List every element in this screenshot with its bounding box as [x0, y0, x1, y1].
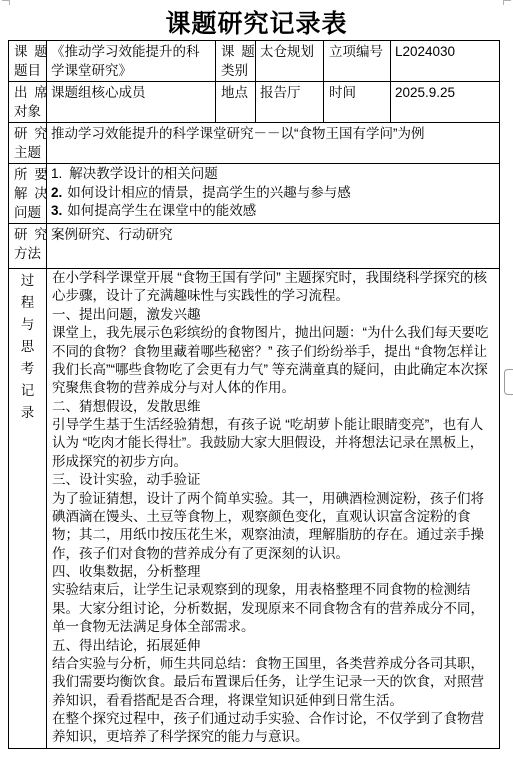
research-theme-value: 推动学习效能提升的科学课堂研究－－以“食物王国有学问”为例 — [47, 123, 500, 164]
problem-item: 2.如何设计相应的情景，提高学生的兴趣与参与感 — [51, 184, 495, 203]
problem-text: 如何设计相应的情景，提高学生的兴趣与参与感 — [67, 185, 351, 200]
label-char: 过 — [14, 270, 41, 292]
label-line: 类别 — [221, 61, 250, 80]
topic-category-value: 太仓规划 — [256, 41, 324, 82]
label-line: 问题 — [14, 203, 41, 222]
problems-label: 所 要 解 决 问题 — [9, 164, 47, 224]
topic-title-label: 课 题 题目 — [9, 41, 47, 82]
process-paragraph: 课堂上，我先展示色彩缤纷的食物图片，抛出问题：“为什么我们每天要吃不同的食物？食… — [52, 324, 494, 398]
label-line: 课 题 — [221, 42, 250, 61]
process-paragraph: 为了验证猜想，设计了两个简单实验。其一，用碘酒检测淀粉，孩子们将碘酒滴在馒头、土… — [52, 490, 494, 564]
label-line: 主题 — [14, 143, 41, 162]
place-label: 地点 — [216, 82, 256, 123]
problem-number: 2. — [51, 185, 62, 200]
table-row: 课 题 题目 《推动学习效能提升的科学课堂研究》 课 题 类别 太仓规划 立项编… — [9, 41, 500, 82]
table-row: 所 要 解 决 问题 1.解决教学设计的相关问题 2.如何设计相应的情景，提高学… — [9, 164, 500, 224]
time-label: 时间 — [324, 82, 391, 123]
label-char: 思 — [14, 336, 41, 358]
problem-text: 如何提高学生在课堂中的能效感 — [67, 203, 256, 218]
process-section-heading: 五、得出结论，拓展延伸 — [52, 637, 494, 655]
label-line: 解 决 — [14, 184, 41, 203]
research-method-value: 案例研究、行动研究 — [47, 224, 500, 269]
problems-value: 1.解决教学设计的相关问题 2.如何设计相应的情景，提高学生的兴趣与参与感 3.… — [47, 164, 500, 224]
time-value: 2025.9.25 — [391, 82, 500, 123]
topic-title-value: 《推动学习效能提升的科学课堂研究》 — [47, 41, 216, 82]
process-record-label: 过 程 与 思 考 记 录 — [9, 269, 47, 749]
label-line: 研 究 — [14, 225, 41, 244]
research-method-label: 研 究 方法 — [9, 224, 47, 269]
process-paragraph: 引导学生基于生活经验猜想，有孩子说 “吃胡萝卜能让眼睛变亮”，也有人认为 “吃肉… — [52, 416, 494, 471]
label-char: 录 — [14, 402, 41, 424]
process-section-heading: 一、提出问题，激发兴趣 — [52, 306, 494, 324]
table-row: 研 究 主题 推动学习效能提升的科学课堂研究－－以“食物王国有学问”为例 — [9, 123, 500, 164]
label-line: 所 要 — [14, 165, 41, 184]
label-char: 与 — [14, 314, 41, 336]
process-paragraph: 在小学科学课堂开展 “食物王国有学问” 主题探究时，我围绕科学探究的核心步骤，设… — [52, 269, 494, 306]
process-paragraph: 结合实验与分析，师生共同总结：食物王国里，各类营养成分各司其职，我们需要均衡饮食… — [52, 655, 494, 710]
problem-number: 3. — [51, 203, 62, 218]
document-page: { "title": "课题研究记录表", "table": { "row1":… — [0, 0, 513, 759]
research-theme-label: 研 究 主题 — [9, 123, 47, 164]
place-value: 报告厅 — [256, 82, 324, 123]
process-paragraph: 在整个探究过程中，孩子们通过动手实验、合作讨论，不仅学到了食物营养知识，更培养了… — [52, 710, 494, 747]
process-section-heading: 四、收集数据，分析整理 — [52, 563, 494, 581]
table-row: 出 席 对象 课题组核心成员 地点 报告厅 时间 2025.9.25 — [9, 82, 500, 123]
label-char: 考 — [14, 358, 41, 380]
problem-item: 1.解决教学设计的相关问题 — [51, 165, 495, 184]
table-row: 过 程 与 思 考 记 录 在小学科学课堂开展 “食物王国有学问” 主题探究时，… — [9, 269, 500, 749]
page-title: 课题研究记录表 — [0, 4, 513, 40]
label-line: 题目 — [14, 61, 41, 80]
table-row: 研 究 方法 案例研究、行动研究 — [9, 224, 500, 269]
project-number-value: L2024030 — [391, 41, 500, 82]
project-number-label: 立项编号 — [324, 41, 391, 82]
label-line: 课 题 — [14, 42, 41, 61]
problem-text: 解决教学设计的相关问题 — [69, 166, 218, 181]
process-record-value: 在小学科学课堂开展 “食物王国有学问” 主题探究时，我围绕科学探究的核心步骤，设… — [47, 269, 500, 749]
process-section-heading: 三、设计实验，动手验证 — [52, 471, 494, 489]
record-table: 课 题 题目 《推动学习效能提升的科学课堂研究》 课 题 类别 太仓规划 立项编… — [8, 40, 500, 749]
label-line: 研 究 — [14, 124, 41, 143]
label-line: 对象 — [14, 102, 41, 121]
label-char: 程 — [14, 292, 41, 314]
problem-number: 1. — [51, 166, 62, 181]
label-line: 方法 — [14, 244, 41, 263]
label-char: 记 — [14, 380, 41, 402]
process-section-heading: 二、猜想假设，发散思维 — [52, 398, 494, 416]
process-paragraph: 实验结束后，让学生记录观察到的现象，用表格整理不同食物的检测结果。大家分组讨论，… — [52, 581, 494, 636]
attendee-value: 课题组核心成员 — [47, 82, 216, 123]
problem-item: 3.如何提高学生在课堂中的能效感 — [51, 202, 495, 221]
side-scroll-button[interactable] — [504, 369, 513, 395]
topic-category-label: 课 题 类别 — [216, 41, 256, 82]
label-line: 出 席 — [14, 83, 41, 102]
attendee-label: 出 席 对象 — [9, 82, 47, 123]
